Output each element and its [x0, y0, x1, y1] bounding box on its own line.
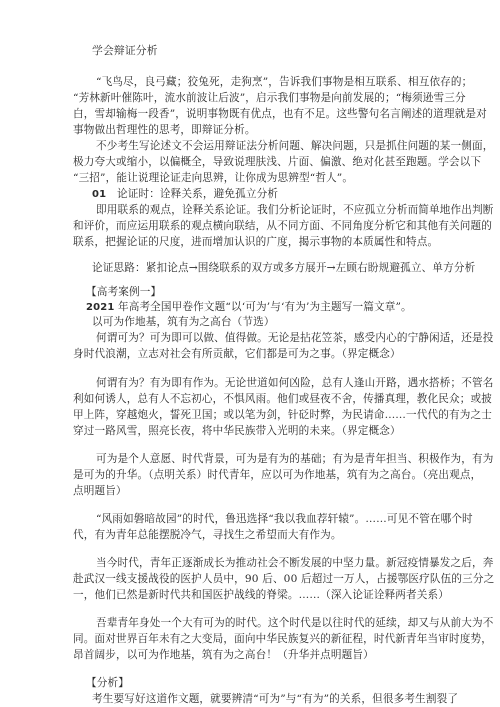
text-line: 01 论证时：诠释关系，避免孤立分析	[92, 187, 278, 202]
text-line: 以可为作地基，筑有为之高台（节选）	[92, 315, 275, 329]
text-line: 昂首阔步，以可为作地基，筑有为之高台！（升华并点明题旨）	[73, 648, 374, 662]
line-rest: 论证时：诠释关系，避免孤立分析	[106, 188, 278, 200]
text-line: 白，雪却输梅一段香”，说明事物既有优点，也有不足。这些警句名言阐述的道理就是对	[73, 107, 487, 121]
line-rest: 年高考全国甲卷作文题“以‘可为’与‘有为’为主题写一篇文章”。	[114, 301, 411, 313]
text-line: 点明题旨）	[73, 484, 127, 498]
text-line: 利如何诱人，总有人不忘初心，不惧风雨。他们或昼夜不舍，传播真理，教化民众；或披	[73, 392, 492, 406]
text-line: 考生要写好这道作文题，就要辨清“可为”与“有为”的关系，但很多考生割裂了	[92, 692, 458, 706]
text-line: 和评价，而应运用联系的观点横向联结，从不同方面、不同角度分析它和其他有关问题的	[73, 219, 492, 233]
text-line: 何谓有为？有为即有作为。无论世道如何凶险，总有人逢山开路，遇水搭桥；不管名	[96, 376, 494, 390]
document-title: 学会辩证分析	[92, 44, 158, 58]
text-line: 一，他们已然是新时代共和国医护战线的脊梁。……（深入论证诠释两者关系）	[73, 588, 449, 602]
text-line: 极力夸大或缩小，以偏概全，导致说理肤浅、片面、偏激、绝对化甚至跑题。学会以下	[73, 155, 481, 169]
text-line: 【高考案例一】	[86, 285, 161, 299]
bold-prefix: 2021	[86, 302, 114, 313]
text-line: 可为是个人意愿、时代背景，可为是有为的基础；有为是青年担当、积极作为，有为	[96, 452, 494, 466]
text-line: 何谓可为？可为即可以做、值得做。无论是拈花笠茶，感受内心的宁静闲适，还是投	[96, 331, 494, 345]
text-line: 穿过一路风雪，照亮长夜，将中华民族带入光明的未来。（界定概念）	[73, 424, 401, 438]
text-line: “飞鸟尽，良弓藏；狡兔死，走狗烹”，告诉我们事物是相互联系、相互依存的；	[96, 75, 472, 89]
text-line: 论证思路：紧扣论点→围绕联系的双方或多方展开→左顾右盼规避孤立、单方分析	[92, 261, 475, 275]
text-line: 联系，把握论证的尺度，进而增加认识的广度，揭示事物的本质属性和特点。	[73, 235, 438, 249]
text-line: 事物做出哲理性的思考，即辩证分析。	[73, 123, 256, 137]
text-line: 赴武汉一线支援战役的医护人员中，90 后、00 后超过一万人，占援鄂医疗队伍的三…	[73, 572, 494, 586]
text-line: 不少考生写论述文不会运用辩证法分析问题、解决问题，只是抓住问题的某一侧面，	[96, 139, 494, 153]
text-line: 即用联系的观点，诠释关系论证。我们分析论证时，不应孤立分析而简单地作出判断	[96, 203, 494, 217]
text-line: “芳林新叶催陈叶，流水前波让后波”，启示我们事物是向前发展的；“梅须逊雪三分	[73, 91, 466, 105]
text-line: 代，有为青年总能摆脱冷气，寻找生之希望而大有作为。	[73, 528, 342, 542]
text-line: 2021 年高考全国甲卷作文题“以‘可为’与‘有为’为主题写一篇文章”。	[86, 300, 412, 315]
text-line: “风雨如磐暗故园”的时代，鲁迅选择“我以我血荐轩辕”。……可见不管在哪个时	[96, 512, 473, 526]
text-line: 当今时代，青年正逐渐成长为推动社会不断发展的中坚力量。新冠疫情暴发之后，奔	[96, 556, 494, 570]
text-line: 同。面对世界百年未有之大变局，面向中华民族复兴的新征程，时代新青年当审时度势，	[73, 632, 492, 646]
text-line: 甲上阵，穿越炮火，誓死卫国；或以笔为剑，针砭时弊，为民请命……一代代的有为之士	[73, 408, 492, 422]
text-line: 身时代浪潮，立志对社会有所贡献，它们都是可为之事。（界定概念）	[73, 347, 401, 361]
text-line: 是可为的升华。（点明关系）时代青年，应以可为作地基，筑有为之高台。（亮出观点，	[73, 468, 481, 482]
text-line: 吾辈青年身处一个大有可为的时代。这个时代是以往时代的延续，却又与从前大为不	[96, 616, 494, 630]
text-line: “三招”，能让说理论证走向思辨，让你成为思辨型“哲人”。	[73, 171, 353, 185]
bold-prefix: 01	[92, 189, 106, 200]
text-line: 【分析】	[86, 676, 129, 690]
